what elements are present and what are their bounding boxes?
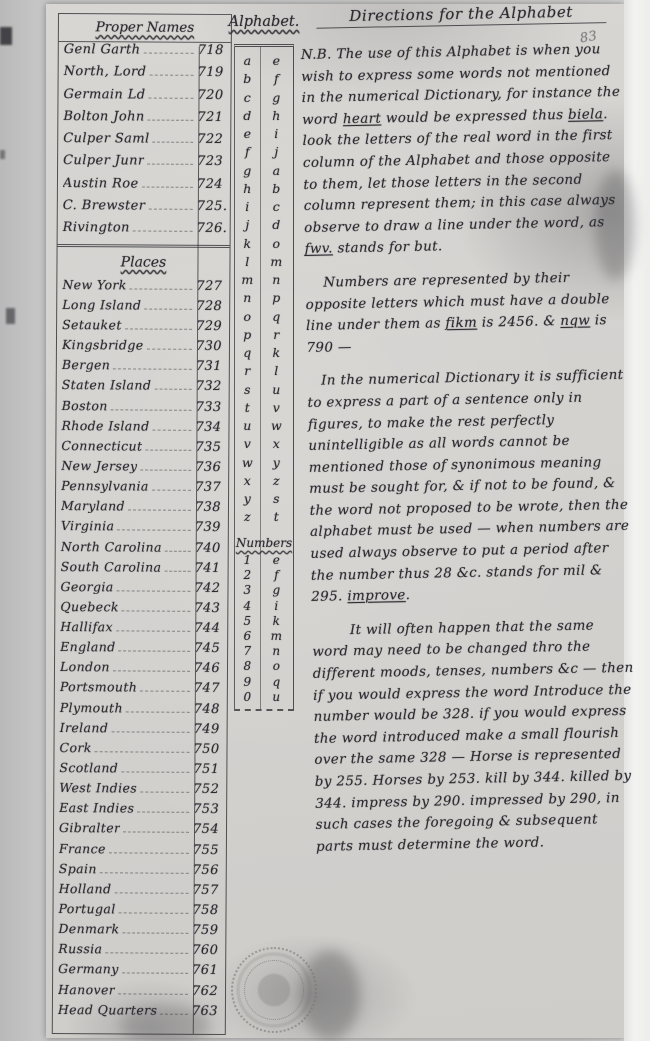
table-row: New Jersey 736 xyxy=(56,458,228,479)
leader-dashes xyxy=(142,186,193,187)
alphabet-row: m n xyxy=(235,272,293,290)
alphabet-row: e i xyxy=(235,126,293,144)
cipher-letter-cell: g xyxy=(260,583,293,597)
leader-dashes xyxy=(149,75,193,76)
table-row: Long Island 728 xyxy=(57,297,229,318)
name-cell: Setauket xyxy=(62,317,122,332)
places-title: Places xyxy=(57,247,229,278)
table-row: Russia 760 xyxy=(53,941,225,962)
cipher-letter-cell: h xyxy=(260,108,293,123)
table-row: Setauket 729 xyxy=(57,317,229,338)
leader-dashes xyxy=(148,119,194,120)
code-cell: 718 xyxy=(198,43,228,58)
code-cell: 743 xyxy=(194,601,224,616)
page-number: 83 xyxy=(579,29,599,47)
leader-dashes xyxy=(105,953,188,955)
code-cell: 736 xyxy=(195,460,225,475)
number-row: 3 g xyxy=(235,583,293,598)
leader-dashes xyxy=(144,308,192,309)
alphabet-row: h b xyxy=(235,181,293,199)
plain-letter-cell: x xyxy=(235,473,260,488)
plain-letter-cell: t xyxy=(235,400,260,415)
code-cell: 725. xyxy=(197,199,227,214)
plain-letter-cell: d xyxy=(235,108,260,123)
code-cell: 735 xyxy=(195,440,225,455)
directions-section: Directions for the Alphabet N.B. The use… xyxy=(300,2,638,870)
name-cell: Kingsbridge xyxy=(62,337,144,352)
leader-dashes xyxy=(164,570,190,571)
directions-paragraph: In the numerical Dictionary it is suffic… xyxy=(307,365,634,609)
table-row: Germany 761 xyxy=(53,961,225,982)
edge-tear-mark xyxy=(6,308,15,324)
number-row: 8 o xyxy=(235,659,293,674)
cipher-letter-cell: e xyxy=(260,53,293,68)
cipher-letter-cell: u xyxy=(260,690,293,704)
cipher-letter-cell: o xyxy=(260,659,293,673)
alphabet-row: p r xyxy=(235,327,293,345)
plain-letter-cell: e xyxy=(235,126,260,141)
code-cell: 732 xyxy=(196,379,226,394)
cipher-letter-cell: b xyxy=(260,181,293,196)
plain-letter-cell: w xyxy=(235,455,260,470)
directions-paragraph: It will often happen that the same word … xyxy=(312,615,639,859)
leader-dashes xyxy=(133,231,193,232)
code-cell: 760 xyxy=(192,943,222,958)
cipher-letter-cell: u xyxy=(260,382,293,397)
code-cell: 756 xyxy=(193,863,223,878)
embossed-seal-stamp xyxy=(231,947,317,1033)
leader-dashes xyxy=(123,832,189,833)
code-cell: 758 xyxy=(192,903,222,918)
name-cell: Bergen xyxy=(62,357,111,372)
table-row: Quebeck 743 xyxy=(55,599,227,620)
name-cell: South Carolina xyxy=(61,559,162,575)
number-row: 9 q xyxy=(235,675,293,690)
name-cell: East Indies xyxy=(59,800,134,815)
cipher-letter-cell: j xyxy=(260,144,293,159)
table-row: Spain 756 xyxy=(54,861,226,882)
plain-letter-cell: u xyxy=(235,418,260,433)
table-row: Cork 750 xyxy=(54,740,226,761)
plain-letter-cell: y xyxy=(235,491,260,506)
name-cell: North, Lord xyxy=(64,64,147,80)
name-cell: France xyxy=(59,841,106,856)
code-cell: 738 xyxy=(195,500,225,515)
table-row: Head Quarters 763 xyxy=(53,1002,225,1023)
cipher-letter-cell: w xyxy=(260,418,293,433)
directions-paragraph: N.B. The use of this Alphabet is when yo… xyxy=(301,39,627,261)
code-cell: 719 xyxy=(198,65,228,80)
leader-dashes xyxy=(137,812,189,813)
alphabet-row: c g xyxy=(235,90,293,108)
name-cell: Hallifax xyxy=(60,619,113,634)
name-cell: Long Island xyxy=(62,297,141,312)
name-cell: Pennsylvania xyxy=(61,478,149,494)
plain-letter-cell: j xyxy=(235,217,260,232)
cipher-letter-cell: g xyxy=(260,90,293,105)
name-cell: Germain Ld xyxy=(63,87,145,103)
code-cell: 748 xyxy=(194,701,224,716)
table-row: Ireland 749 xyxy=(55,720,227,741)
name-cell: Russia xyxy=(58,941,102,956)
name-cell: Holland xyxy=(59,881,112,896)
cipher-letter-cell: i xyxy=(260,126,293,141)
leader-dashes xyxy=(154,389,191,390)
table-row: Connecticut 735 xyxy=(56,438,228,459)
edge-tear-mark xyxy=(0,150,5,159)
cipher-letter-cell: p xyxy=(260,290,293,305)
number-row: 2 f xyxy=(235,568,293,583)
name-cell: Austin Roe xyxy=(63,176,139,191)
cipher-letter-cell: c xyxy=(260,199,293,214)
number-row: 1 e xyxy=(235,553,293,568)
name-cell: Plymouth xyxy=(60,700,123,715)
table-row: Denmark 759 xyxy=(53,921,225,942)
plain-letter-cell: b xyxy=(235,71,260,86)
cipher-letter-cell: v xyxy=(260,400,293,415)
code-cell: 726. xyxy=(197,221,227,236)
alphabet-row: n p xyxy=(235,290,293,308)
code-cell: 734 xyxy=(195,420,225,435)
code-cell: 739 xyxy=(195,520,225,535)
name-cell: Genl Garth xyxy=(64,42,141,57)
table-row: North Carolina 740 xyxy=(56,538,228,559)
plain-letter-cell: m xyxy=(235,272,260,287)
code-cell: 746 xyxy=(194,661,224,676)
cipher-letter-cell: y xyxy=(260,455,293,470)
code-cell: 754 xyxy=(193,822,223,837)
table-row: Bergen 731 xyxy=(57,357,229,378)
alphabet-row: v x xyxy=(235,436,293,454)
cipher-letter-cell: z xyxy=(260,473,293,488)
name-cell: Head Quarters xyxy=(58,1002,158,1018)
alphabet-row: l m xyxy=(235,254,293,272)
leader-dashes xyxy=(119,912,189,913)
places-rows: New York 727 Long Island 728 Setauket 72… xyxy=(53,277,230,1023)
plain-letter-cell: l xyxy=(235,254,260,269)
code-cell: 757 xyxy=(193,883,223,898)
code-cell: 741 xyxy=(195,560,225,575)
table-row: Kingsbridge 730 xyxy=(57,337,229,358)
cipher-letter-cell: a xyxy=(260,163,293,178)
leader-dashes xyxy=(143,53,193,54)
alphabet-row: i c xyxy=(235,199,293,217)
table-row: East Indies 753 xyxy=(54,800,226,821)
alphabet-row: f j xyxy=(235,144,293,162)
code-cell: 745 xyxy=(194,641,224,656)
code-cell: 727 xyxy=(196,279,226,294)
table-row: Germain Ld 720 xyxy=(58,87,230,110)
alphabet-row: z t xyxy=(235,509,293,527)
name-cell: Connecticut xyxy=(61,438,142,453)
digit-cell: 2 xyxy=(235,568,260,582)
leader-dashes xyxy=(148,209,192,210)
digit-cell: 5 xyxy=(235,614,260,628)
plain-letter-cell: g xyxy=(235,163,260,178)
plain-letter-cell: s xyxy=(235,382,260,397)
digit-cell: 0 xyxy=(235,690,260,704)
leader-dashes xyxy=(148,97,193,98)
table-row: Staten Island 732 xyxy=(57,377,229,398)
name-cell: Hanover xyxy=(58,982,115,997)
alphabet-row: o q xyxy=(235,309,293,327)
alphabet-row: w y xyxy=(235,455,293,473)
plain-letter-cell: n xyxy=(235,290,260,305)
cipher-letter-cell: q xyxy=(260,309,293,324)
leader-dashes xyxy=(147,164,193,165)
leader-dashes xyxy=(100,872,189,874)
name-cell: London xyxy=(60,659,110,674)
numbers-rows: 1 e 2 f 3 g 4 i 5 xyxy=(235,553,293,705)
seal-inner-ring xyxy=(244,960,304,1020)
table-row: Scotland 751 xyxy=(54,760,226,781)
table-row: West Indies 752 xyxy=(54,780,226,801)
cipher-letter-cell: m xyxy=(260,629,293,643)
leader-dashes xyxy=(152,429,191,430)
name-cell: Denmark xyxy=(58,921,119,936)
table-row: North, Lord 719 xyxy=(59,64,231,87)
code-cell: 747 xyxy=(194,681,224,696)
table-row: Hallifax 744 xyxy=(55,619,227,640)
code-cell: 733 xyxy=(196,399,226,414)
cipher-letter-cell: x xyxy=(260,436,293,451)
leader-dashes xyxy=(165,550,191,551)
leader-dashes xyxy=(111,409,192,410)
code-cell: 724 xyxy=(197,177,227,192)
leader-dashes xyxy=(117,590,191,591)
name-cell: England xyxy=(60,639,116,654)
name-cell: Gibralter xyxy=(59,820,121,835)
leader-dashes xyxy=(140,469,191,470)
cipher-letter-cell: k xyxy=(260,614,293,628)
name-cell: Germany xyxy=(58,961,119,976)
directions-body: N.B. The use of this Alphabet is when yo… xyxy=(301,39,639,858)
table-row: Pennsylvania 737 xyxy=(56,478,228,499)
proper-names-table: Proper Names Genl Garth 718 North, Lord … xyxy=(52,13,232,1035)
leader-dashes xyxy=(128,510,191,511)
directions-paragraph: Numbers are represented by their opposit… xyxy=(305,267,629,360)
alphabet-row: t v xyxy=(235,400,293,418)
cipher-letter-cell: r xyxy=(260,327,293,342)
leader-dashes xyxy=(123,933,189,934)
number-row: 0 u xyxy=(235,690,293,705)
leader-dashes xyxy=(118,993,188,994)
name-cell: Georgia xyxy=(60,579,113,594)
name-cell: Maryland xyxy=(61,498,125,513)
leader-dashes xyxy=(122,973,188,974)
digit-cell: 3 xyxy=(235,583,260,597)
cipher-letter-cell: o xyxy=(260,236,293,251)
code-cell: 762 xyxy=(192,983,222,998)
cipher-letter-cell: s xyxy=(260,491,293,506)
alphabet-row: d h xyxy=(235,108,293,126)
plain-letter-cell: q xyxy=(235,345,260,360)
name-cell: New Jersey xyxy=(61,458,137,473)
name-cell: Portsmouth xyxy=(60,680,137,695)
plain-letter-cell: k xyxy=(235,236,260,251)
cipher-letter-cell: t xyxy=(260,509,293,524)
digit-cell: 1 xyxy=(235,553,260,567)
name-cell: C. Brewster xyxy=(63,198,146,214)
code-cell: 749 xyxy=(194,722,224,737)
digit-cell: 7 xyxy=(235,644,260,658)
table-row: Austin Roe 724 xyxy=(58,176,230,199)
alphabet-row: a e xyxy=(235,53,293,71)
alphabet-row: j d xyxy=(235,217,293,235)
table-row: Georgia 742 xyxy=(55,579,227,600)
leader-dashes xyxy=(113,671,190,672)
proper-names-title: Proper Names xyxy=(59,14,231,43)
table-row: Rhode Island 734 xyxy=(56,418,228,439)
number-row: 6 m xyxy=(235,629,293,644)
plain-letter-cell: f xyxy=(235,144,260,159)
table-row: Hanover 762 xyxy=(53,982,225,1003)
document-scan: Proper Names Genl Garth 718 North, Lord … xyxy=(0,0,650,1041)
name-cell: Ireland xyxy=(60,720,109,735)
code-cell: 720 xyxy=(197,87,227,102)
table-row: Plymouth 748 xyxy=(55,700,227,721)
name-cell: Virginia xyxy=(61,518,115,533)
alphabet-title: Alphabet. xyxy=(228,14,300,30)
cipher-letter-cell: e xyxy=(260,553,293,567)
name-cell: Portugal xyxy=(58,901,115,916)
leader-dashes xyxy=(119,651,191,652)
cipher-letter-cell: n xyxy=(260,644,293,658)
alphabet-row: k o xyxy=(235,236,293,254)
code-cell: 755 xyxy=(193,842,223,857)
code-cell: 723 xyxy=(197,154,227,169)
digit-cell: 8 xyxy=(235,659,260,673)
alphabet-row: s u xyxy=(235,382,293,400)
plain-letter-cell: o xyxy=(235,309,260,324)
leader-dashes xyxy=(95,751,190,753)
digit-cell: 9 xyxy=(235,675,260,689)
cipher-letter-cell: i xyxy=(260,599,293,613)
code-cell: 729 xyxy=(196,319,226,334)
table-row: London 746 xyxy=(55,659,227,680)
table-row: Bolton John 721 xyxy=(58,109,230,132)
name-cell: Culper Saml xyxy=(63,131,149,147)
leader-dashes xyxy=(125,328,192,329)
table-row: Boston 733 xyxy=(57,398,229,419)
code-cell: 730 xyxy=(196,339,226,354)
table-row: Portugal 758 xyxy=(53,901,225,922)
leader-dashes xyxy=(152,490,191,491)
name-cell: Scotland xyxy=(59,760,118,775)
number-row: 7 n xyxy=(235,644,293,659)
plain-letter-cell: r xyxy=(235,363,260,378)
code-cell: 721 xyxy=(197,110,227,125)
name-cell: Spain xyxy=(59,861,97,876)
cipher-letter-cell: f xyxy=(260,71,293,86)
number-row: 5 k xyxy=(235,614,293,629)
cipher-letter-cell: k xyxy=(260,345,293,360)
code-cell: 744 xyxy=(194,621,224,636)
digit-cell: 6 xyxy=(235,629,260,643)
table-row: Rivington 726. xyxy=(58,220,230,243)
table-row: Maryland 738 xyxy=(56,498,228,519)
edge-tear-mark xyxy=(0,27,12,45)
table-row: New York 727 xyxy=(57,277,229,298)
cipher-letter-cell: n xyxy=(260,272,293,287)
leader-dashes xyxy=(122,610,191,611)
leader-dashes xyxy=(111,731,189,732)
table-row: Genl Garth 718 xyxy=(59,42,231,65)
proper-names-rows: Genl Garth 718 North, Lord 719 Germain L… xyxy=(58,42,231,244)
leader-dashes xyxy=(140,792,189,793)
cipher-letter-cell: l xyxy=(260,363,293,378)
numbers-title: Numbers xyxy=(235,535,293,552)
alphabet-row: q k xyxy=(235,345,293,363)
code-cell: 763 xyxy=(192,1004,222,1019)
leader-dashes xyxy=(121,771,189,772)
code-cell: 761 xyxy=(192,963,222,978)
number-row: 4 i xyxy=(235,599,293,614)
table-row: Culper Junr 723 xyxy=(58,153,230,176)
plain-letter-cell: h xyxy=(235,181,260,196)
table-row: C. Brewster 725. xyxy=(58,198,230,221)
leader-dashes xyxy=(153,142,194,143)
plain-letter-cell: v xyxy=(235,436,260,451)
code-cell: 751 xyxy=(193,762,223,777)
code-cell: 731 xyxy=(196,359,226,374)
code-cell: 728 xyxy=(196,299,226,314)
directions-title: Directions for the Alphabet xyxy=(316,2,606,29)
alphabet-table: a e b f c g d h e xyxy=(234,44,294,711)
name-cell: Staten Island xyxy=(62,377,152,393)
leader-dashes xyxy=(145,449,191,450)
name-cell: North Carolina xyxy=(61,539,162,555)
cipher-letter-cell: d xyxy=(260,217,293,232)
table-row: South Carolina 741 xyxy=(56,559,228,580)
table-row: Culper Saml 722 xyxy=(58,131,230,154)
alphabet-row: x z xyxy=(235,473,293,491)
code-cell: 753 xyxy=(193,802,223,817)
code-cell: 737 xyxy=(195,480,225,495)
alphabet-row: g a xyxy=(235,163,293,181)
leader-dashes xyxy=(160,1013,188,1014)
leader-dashes xyxy=(114,892,188,893)
digit-cell: 4 xyxy=(235,599,260,613)
name-cell: Bolton John xyxy=(63,109,144,124)
code-cell: 722 xyxy=(197,132,227,147)
name-cell: Quebeck xyxy=(60,599,119,614)
leader-dashes xyxy=(126,711,190,712)
name-cell: Rhode Island xyxy=(61,418,149,434)
code-cell: 740 xyxy=(195,540,225,555)
cipher-letter-cell: f xyxy=(260,568,293,582)
code-cell: 752 xyxy=(193,782,223,797)
code-cell: 750 xyxy=(193,742,223,757)
plain-letter-cell: p xyxy=(235,327,260,342)
name-cell: Rivington xyxy=(63,220,130,235)
name-cell: Culper Junr xyxy=(63,154,145,169)
alphabet-row: u w xyxy=(235,418,293,436)
name-cell: Cork xyxy=(59,740,91,755)
plain-letter-cell: i xyxy=(235,199,260,214)
alphabet-row: r l xyxy=(235,363,293,381)
table-row: Virginia 739 xyxy=(56,518,228,539)
alphabet-row: y s xyxy=(235,491,293,509)
code-cell: 759 xyxy=(192,923,222,938)
name-cell: Boston xyxy=(62,398,108,413)
plain-letter-cell: z xyxy=(235,509,260,524)
leader-dashes xyxy=(116,630,190,631)
leader-dashes xyxy=(117,530,191,531)
leader-dashes xyxy=(109,852,189,853)
cipher-letter-cell: q xyxy=(260,675,293,689)
leader-dashes xyxy=(113,369,192,370)
